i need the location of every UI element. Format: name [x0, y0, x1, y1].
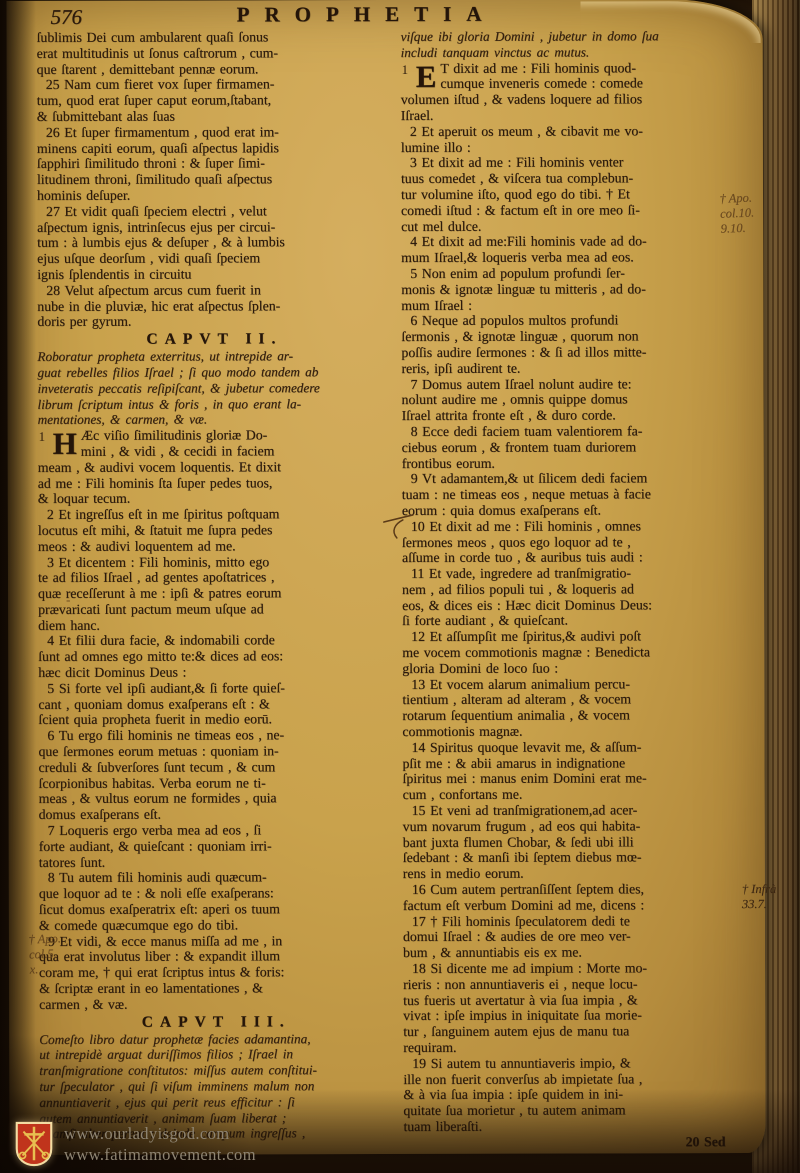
text-line: erat multitudinis ut ſonus caſtrorum , c…	[37, 45, 391, 62]
text-line: 17 † Fili hominis ſpeculatorem dedi te	[403, 913, 751, 930]
text-line: 3 Et dixit ad me : Fili hominis venter	[401, 154, 749, 171]
text-line: coram me, † qui erat ſcriptus intus & fo…	[39, 964, 393, 981]
chapter-summary-line: viſque ibi gloria Domini , jubetur in do…	[401, 28, 749, 45]
text-line: aſpectum ignis, intrinſecus ejus per cir…	[37, 219, 391, 236]
text-line: 10 Et dixit ad me : Fili hominis , omnes	[402, 518, 750, 535]
text-line: factum eſt verbum Domini ad me, dicens :	[403, 897, 751, 914]
text-line: te ad filios Iſrael , ad gentes apoſtatr…	[38, 569, 392, 586]
margin-note-line: † Apo.	[719, 190, 754, 206]
margin-note-apocalypse-10: † Apo.col.10.9.10.	[719, 190, 755, 236]
text-line: ſi forte audiant , & quieſcant.	[402, 613, 750, 630]
text-line: litudinem throni, ſimilitudo quaſi aſpec…	[37, 171, 391, 188]
text-line: & comede quæcumque ego do tibi.	[39, 917, 393, 934]
text-line: 16 Cum autem pertranſiſſent ſeptem dies,	[403, 881, 751, 898]
text-line: forte audiant, & quieſcant : quoniam irr…	[39, 838, 393, 855]
text-line: que ſtarent , demittebant pennæ eorum.	[37, 61, 391, 78]
text-line: ſermonis , & ignotæ linguæ , quorum non	[401, 328, 749, 345]
drop-cap: H	[53, 429, 77, 459]
text-line: me vocem commotionis magnæ : Benedicta	[402, 644, 750, 661]
text-line: cumque inveneris comede : comede	[401, 75, 749, 92]
text-line: tum, quod erat ſuper caput eorum,ſtabant…	[37, 92, 391, 109]
chapter-heading: CAPVT III.	[39, 1012, 393, 1032]
text-line: ciebus eorum , & frontem tuam duriorem	[402, 439, 750, 456]
column-right: viſque ibi gloria Domini , jubetur in do…	[401, 28, 752, 1150]
text-line: diem hanc.	[38, 617, 392, 634]
text-line: & loquar tecum.	[38, 490, 392, 507]
text-line: tatores ſunt.	[39, 854, 393, 871]
text-line: & ſubmittebant alas ſuas	[37, 108, 391, 125]
text-line: lumine illo :	[401, 139, 749, 156]
chapter-summary-line: Roboratur propheta exterritus, ut intrep…	[37, 348, 391, 365]
text-line: tuus comedet , & viſcera tua complebun-	[401, 170, 749, 187]
text-line: 7 Domus autem Iſrael nolunt audire te:	[401, 376, 749, 393]
text-line: cum , confortans me.	[403, 786, 751, 803]
text-line: 9 Vt adamantem,& ut ſilicem dedi faciem	[402, 470, 750, 487]
text-line: eos, & dices eis : Hæc dicit Dominus Deu…	[402, 597, 750, 614]
chapter-summary-line: librum ſcriptum intus & foris , in quo e…	[38, 396, 392, 413]
text-line: 4 Et dixit ad me:Fili hominis vade ad do…	[401, 233, 749, 250]
text-line: hæc dicit Dominus Deus :	[38, 664, 392, 681]
drop-cap: E	[416, 61, 437, 91]
text-line: 14 Spiritus quoque levavit me, & aſſum-	[402, 739, 750, 756]
text-line: ſunt ad omnes ego mitto te:& dices ad eo…	[38, 648, 392, 665]
verse-number: 1	[39, 429, 46, 445]
text-columns: ſublimis Dei cum ambularent quaſi ſonuse…	[37, 28, 752, 1151]
text-line: monis & ignotæ linguæ tu mitteris , ad d…	[401, 281, 749, 298]
text-line: que loquor ad te : & noli eſſe exaſperan…	[39, 885, 393, 902]
text-line: tuam : ne timeas eos , neque metuas à fa…	[402, 486, 750, 503]
text-line: tientium , alteram ad alteram , & vocem	[402, 692, 750, 709]
text-line: aſſume in corde tuo , & auribus tuis aud…	[402, 549, 750, 566]
text-line: reris, ipſi audirent te.	[401, 360, 749, 377]
margin-note-line: † Infrà	[742, 882, 776, 897]
text-line: doris per gyrum.	[37, 313, 391, 330]
text-line: & ſcriptæ erant in eo lamentationes , &	[39, 980, 393, 997]
text-line: qua erat involutus liber : & expandit il…	[39, 948, 393, 965]
text-line: vivat : ipſe impius in iniquitate ſua mo…	[403, 1007, 751, 1024]
text-line: ſublimis Dei cum ambularent quaſi ſonus	[37, 29, 391, 46]
text-line: mini , & vidi , & cecidi in faciem	[38, 443, 392, 460]
verse-with-dropcap: 1ET dixit ad me : Fili hominis quod-cumq…	[401, 60, 749, 93]
text-line: poſſis audire ſermones : & ſi ad illos m…	[401, 344, 749, 361]
verse-with-dropcap: 1HÆc viſio ſimilitudinis gloriæ Do-mini …	[38, 427, 392, 460]
text-line: rieris : non annuntiaveris ei , neque lo…	[403, 976, 751, 993]
text-line: ſedebant : & manſi ibi ſeptem diebus mœ-	[403, 849, 751, 866]
text-line: 6 Neque ad populos multos profundi	[401, 312, 749, 329]
text-line: eorum : quia domus exaſperans eſt.	[402, 502, 750, 519]
text-line: ejus uſque deorſum , vidi quaſi ſpeciem	[37, 250, 391, 267]
text-line: meos : & audivi loquentem ad me.	[38, 538, 392, 555]
gutter-shadow	[0, 0, 36, 1173]
text-line: requiram.	[403, 1039, 751, 1056]
text-line: nolunt audire me , omnis quippe domus	[402, 391, 750, 408]
text-line: rens in medio eorum.	[403, 865, 751, 882]
text-line: ille non fuerit converſus ab impietate ſ…	[403, 1071, 751, 1088]
text-line: tum : à lumbis ejus & deſuper , & à lumb…	[37, 234, 391, 251]
text-line: que ſermones eorum metuas : quoniam in-	[38, 743, 392, 760]
page-title: PROPHETIA	[6, 1, 726, 28]
text-line: commotionis magnæ.	[402, 723, 750, 740]
text-line: Iſrael.	[401, 107, 749, 124]
text-line: T dixit ad me : Fili hominis quod-	[401, 60, 749, 77]
text-line: nube in die pluviæ, hic erat aſpectus ſp…	[37, 298, 391, 315]
margin-note-infra-33-7: † Infrà33.7.	[742, 882, 776, 912]
text-line: 8 Ecce dedi faciem tuam valentiorem fa-	[402, 423, 750, 440]
text-line: 8 Tu autem fili hominis audi quæcum-	[39, 869, 393, 886]
chapter-summary-line: mentationes, & carmen, & væ.	[38, 411, 392, 428]
book-photo: 576 PROPHETIA ſublimis Dei cum ambularen…	[0, 0, 800, 1173]
chapter-summary-line: guat rebelles filios Iſrael ; ſi quo mod…	[37, 364, 391, 381]
watermark-urls: www.ourladyisgod.com www.fatimamovement.…	[64, 1123, 256, 1165]
text-line: carmen , & væ.	[39, 996, 393, 1013]
text-line: 2 Et ingreſſus eſt in me ſpiritus poſtqu…	[38, 506, 392, 523]
text-line: mum Iſrael,& loqueris verba mea ad eos.	[401, 249, 749, 266]
text-line: 2 Et aperuit os meum , & cibavit me vo-	[401, 123, 749, 140]
text-line: 5 Si forte vel ipſi audiant,& ſi forte q…	[38, 680, 392, 697]
text-line: ſicut domus exaſperatrix eſt: aperi os t…	[39, 901, 393, 918]
text-line: 7 Loqueris ergo verba mea ad eos , ſi	[39, 822, 393, 839]
text-line: bum , & annuntiabis eis ex me.	[403, 944, 751, 961]
text-line: Æc viſio ſimilitudinis gloriæ Do-	[38, 427, 392, 444]
text-line: prævaricati ſunt pactum meum uſque ad	[38, 601, 392, 618]
text-line: cut mel dulce.	[401, 218, 749, 235]
text-line: 12 Et aſſumpſit me ſpiritus,& audivi poſ…	[402, 628, 750, 645]
text-line: 11 Et vade, ingredere ad tranſmigratio-	[402, 565, 750, 582]
text-line: ſermones meos , quos ego loquor ad te ,	[402, 534, 750, 551]
text-line: rotarum ſequentium animalia , & vocem	[402, 707, 750, 724]
margin-note-dash: -	[66, 593, 70, 608]
text-line: ſcorpionibus habitas. Verba eorum ne ti-	[39, 775, 393, 792]
text-line: meas , & vultus eorum ne formides , quia	[39, 790, 393, 807]
verse-number: 1	[402, 62, 409, 78]
text-line: 6 Tu ergo fili hominis ne timeas eos , n…	[38, 727, 392, 744]
watermark-url: www.fatimamovement.com	[64, 1144, 256, 1165]
text-line: 25 Nam cum fieret vox ſuper firmamen-	[37, 76, 391, 93]
text-line: hominis deſuper.	[37, 187, 391, 204]
text-line: comedi iſtud : & factum eſt in ore meo ſ…	[401, 202, 749, 219]
handwritten-mark	[383, 498, 425, 540]
text-line: 3 Et dicentem : Fili hominis, mitto ego	[38, 553, 392, 570]
chapter-summary-line: includi tanquam vinctus ac mutus.	[401, 44, 749, 61]
text-line: 18 Si dicente me ad impium : Morte mo-	[403, 960, 751, 977]
margin-note-line: col.10.	[720, 205, 755, 221]
text-line: 28 Velut aſpectum arcus cum fuerit in	[37, 282, 391, 299]
watermark: www.ourladyisgod.com www.fatimamovement.…	[14, 1121, 256, 1167]
text-line: minens capiti eorum, quaſi aſpectus lapi…	[37, 140, 391, 157]
text-line: quæ receſſerunt à me : ipſi & patres eor…	[38, 585, 392, 602]
text-line: nem , ad filios populi tui , & loqueris …	[402, 581, 750, 598]
text-line: tur , ſanguinem autem ejus de manu tua	[403, 1023, 751, 1040]
text-line: 26 Et ſuper firmamentum , quod erat im-	[37, 124, 391, 141]
text-line: 13 Et vocem alarum animalium percu-	[402, 676, 750, 693]
text-line: 5 Non enim ad populum profundi ſer-	[401, 265, 749, 282]
chapter-heading: CAPVT II.	[37, 329, 391, 349]
shield-keys-icon	[14, 1121, 54, 1167]
text-line: ſpiritus mei : manus enim Domini erat me…	[403, 770, 751, 787]
text-line: 15 Et veni ad tranſmigrationem,ad acer-	[403, 802, 751, 819]
margin-note-line: 9.10.	[720, 220, 755, 236]
text-line: ad me : Fili hominis ſta ſuper pedes tuo…	[38, 475, 392, 492]
text-line: tur volumine iſto, quod ego do tibi. † E…	[401, 186, 749, 203]
text-line: meam , & audivi vocem loquentis. Et dixi…	[38, 459, 392, 476]
text-line: locutus eſt mihi, & ſtatuit me ſupra ped…	[38, 522, 392, 539]
text-line: tus fueris ut avertatur à via ſua impia …	[403, 992, 751, 1009]
text-line: 27 Et vidit quaſi ſpeciem electri , velu…	[37, 203, 391, 220]
text-line: domui Iſrael : & audies de ore meo ver-	[403, 928, 751, 945]
text-line: 4 Et filii dura facie, & indomabili cord…	[38, 632, 392, 649]
text-line: 9 Et vidi, & ecce manus miſſa ad me , in	[39, 933, 393, 950]
margin-note-line: 33.7.	[742, 897, 776, 912]
text-line: 19 Si autem tu annuntiaveris impio, &	[403, 1055, 751, 1072]
text-line: vum novarum frugum , ad eos qui habita-	[403, 818, 751, 835]
book-page: 576 PROPHETIA ſublimis Dei cum ambularen…	[6, 0, 765, 1155]
margin-note-line: -	[66, 593, 70, 608]
text-line: volumen iſtud , & vadens loquere ad fili…	[401, 91, 749, 108]
text-line: gloria Domini de loco ſuo :	[402, 660, 750, 677]
text-line: cant , quoniam domus exaſperans eſt : &	[38, 696, 392, 713]
watermark-url: www.ourladyisgod.com	[64, 1123, 256, 1144]
text-line: ignis ſplendentis in circuitu	[37, 266, 391, 283]
text-line: bant juxta flumen Chobar, & ſedi ubi ill…	[403, 834, 751, 851]
text-line: domus exaſperans eſt.	[39, 806, 393, 823]
text-line: ſapphiri ſimilitudo throni : & ſuper ſim…	[37, 155, 391, 172]
text-line: creduli & ſubverſores ſunt tecum , & cum	[38, 759, 392, 776]
column-left: ſublimis Dei cum ambularent quaſi ſonuse…	[37, 29, 394, 1152]
text-line: frontibus eorum.	[402, 455, 750, 472]
text-line: ſcient quia propheta fuerit in medio eor…	[38, 711, 392, 728]
text-line: Iſrael attrita fronte eſt , & duro corde…	[402, 407, 750, 424]
text-line: pſit me : & abii amarus in indignatione	[402, 755, 750, 772]
chapter-summary-line: inveteratis peccatis reſipiſcant, & jube…	[37, 380, 391, 397]
text-line: mum Iſrael :	[401, 297, 749, 314]
